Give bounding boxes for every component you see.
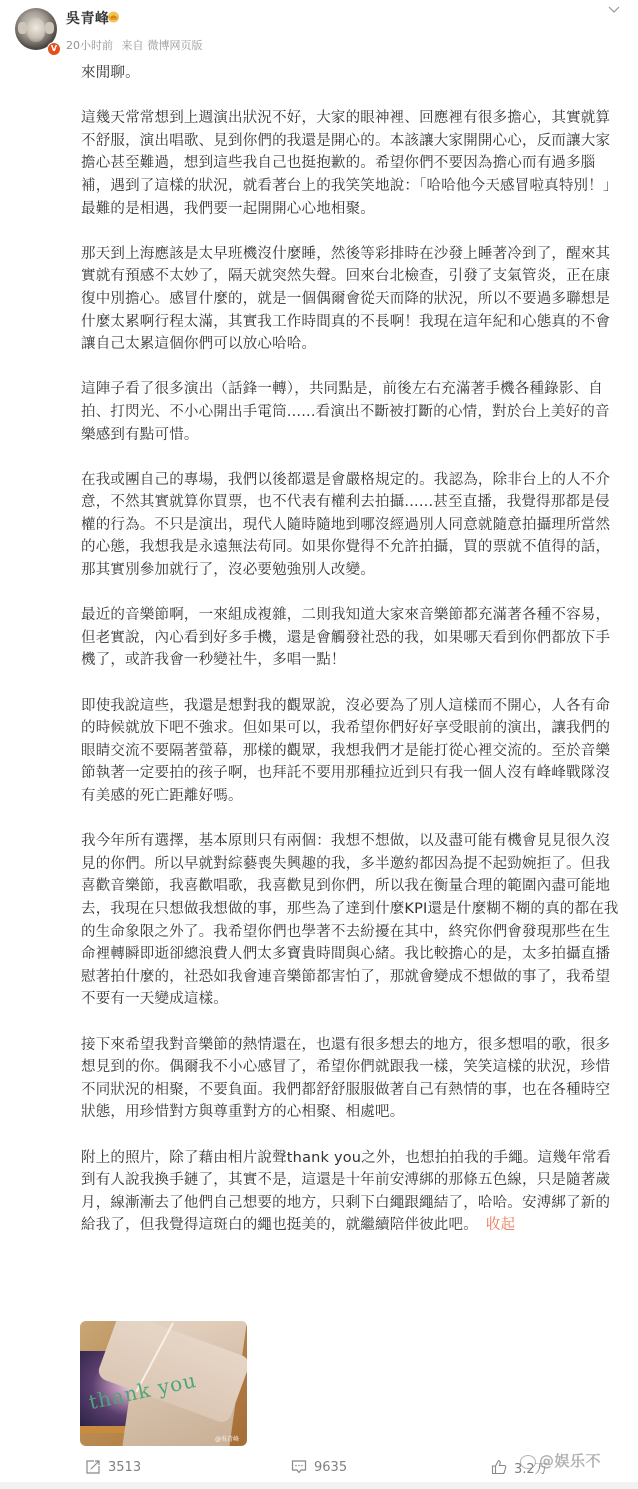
post-time[interactable]: 20小时前 [66, 39, 113, 52]
card-separator [0, 1482, 638, 1489]
source-prefix: 来自 [122, 39, 144, 52]
comment-icon [291, 1459, 307, 1475]
post-paragraph-last: 附上的照片，除了藉由相片說聲thank you之外，也想拍拍我的手繩。這幾年常看… [81, 1147, 621, 1237]
weibo-logo-icon [520, 1455, 536, 1469]
repost-count: 3513 [108, 1460, 141, 1475]
avatar-hand-left [18, 22, 27, 34]
post-paragraph: 即使我說這些，我還是想對我的觀眾說，沒必要為了別人這樣而不開心，人各有命的時候就… [81, 695, 621, 808]
author-name[interactable]: 吳青峰 [66, 8, 110, 28]
post-paragraph: 我今年所有選擇，基本原則只有兩個：我想不想做，以及盡可能有機會見見很久沒見的你們… [81, 830, 621, 1011]
post-paragraph: 那天到上海應該是太早班機沒什麼睡，然後等彩排時在沙發上睡著冷到了，醒來其實就有預… [81, 243, 621, 356]
chevron-down-icon[interactable] [608, 6, 620, 14]
avatar-hand-right [45, 22, 54, 34]
post-paragraph: 最近的音樂節啊，一來組成複雜，二則我知道大家來音樂節都充滿著各種不容易，但老實說… [81, 604, 621, 672]
repost-icon [85, 1459, 101, 1475]
overlay-watermark: @娱乐不 [520, 1450, 601, 1471]
post-body: 來閒聊。 這幾天常常想到上週演出狀況不好，大家的眼神裡、回應裡有很多擔心，其實就… [81, 62, 621, 1259]
post-paragraph: 在我或團自己的專場，我們以後都還是會嚴格規定的。我認為，除非台上的人不介意，不然… [81, 469, 621, 582]
thumbs-up-icon [491, 1459, 507, 1475]
collapse-link[interactable]: 收起 [486, 1217, 515, 1233]
verified-badge-icon: V [47, 42, 61, 56]
post-paragraph: 這陣子看了很多演出（話鋒一轉），共同點是，前後左右充滿著手機各種錄影、自拍、打閃… [81, 378, 621, 446]
avatar-face [27, 18, 45, 42]
overlay-watermark-text: @娱乐不 [539, 1452, 601, 1470]
crown-icon [106, 10, 121, 23]
post-paragraph: 這幾天常常想到上週演出狀況不好，大家的眼神裡、回應裡有很多擔心，其實就算不舒服，… [81, 107, 621, 220]
comment-button[interactable]: 9635 [291, 1452, 347, 1482]
post-paragraph-text: 附上的照片，除了藉由相片說聲thank you之外，也想拍拍我的手繩。這幾年常看… [81, 1150, 611, 1234]
post-photo[interactable]: thank you @吳青峰 [80, 1321, 247, 1446]
photo-watermark: @吳青峰 [215, 1434, 239, 1443]
post-paragraph: 接下來希望我對音樂節的熱情還在，也還有很多想去的地方，很多想唱的歌，很多想見到的… [81, 1034, 621, 1124]
comment-count: 9635 [314, 1460, 347, 1475]
post-source[interactable]: 微博网页版 [148, 39, 203, 52]
weibo-post-card: V 吳青峰 20小时前 来自微博网页版 來閒聊。 這幾天常常想到上週演出狀況不好… [0, 0, 638, 1482]
post-meta: 20小时前 来自微博网页版 [66, 37, 203, 53]
post-paragraph: 來閒聊。 [81, 62, 621, 85]
repost-button[interactable]: 3513 [85, 1452, 141, 1482]
